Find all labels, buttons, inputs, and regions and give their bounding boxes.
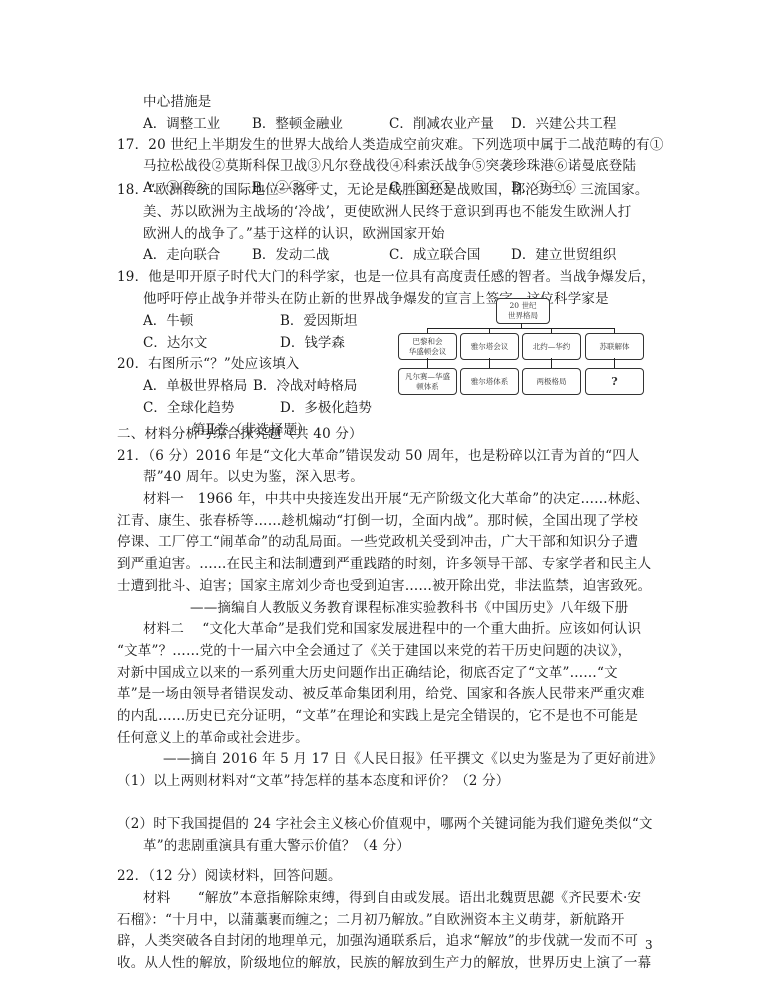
q16-option-d: D．兴建公共工程 bbox=[511, 114, 616, 134]
q20-option-a: A．单极世界格局 bbox=[143, 376, 247, 396]
q18-option-d: D．建立世贸组织 bbox=[511, 245, 616, 265]
q19-option-d: D．钱学森 bbox=[280, 333, 345, 353]
material1-line2: 江青、康生、张春桥等……趁机煽动“打倒一切，全面内战”。那时候，全国出现了学校 bbox=[117, 511, 638, 531]
material2-line3: 对新中国成立以来的一系列重大历史问题作出正确结论，彻底否定了“文革”……“文 bbox=[117, 663, 618, 683]
q18-option-a: A．走向联合 bbox=[143, 245, 220, 265]
q16-option-a: A．调整工业 bbox=[143, 114, 220, 134]
q18-option-b: B．发动二战 bbox=[252, 245, 329, 265]
q18-stem: 18．“欧洲传统的国际地位一落千丈，无论是战胜国还是战败国，都沦为二、三流国家。 bbox=[117, 180, 649, 200]
diagram-connector bbox=[427, 328, 614, 329]
diagram-box-yalta-conference: 雅尔塔会议 bbox=[460, 333, 519, 360]
material2-line5: 的内乱……历史已充分证明，“文革”在理论和实践上是完全错误的，它不是也不可能是 bbox=[117, 706, 638, 726]
diagram-box-line: 巴黎和会 bbox=[413, 337, 443, 347]
q21-subquestion-2-continuation: 革”的悲剧重演具有重大警示价值？（4 分） bbox=[143, 836, 410, 856]
diagram-box-line: 顿体系 bbox=[416, 382, 439, 392]
material2-line4: 革”是一场由领导者错误发动、被反革命集团利用，给党、国家和各族人民带来严重灾难 bbox=[117, 684, 645, 704]
material2-line2: “文革”？……党的十一届六中全会通过了《关于建国以来党的若干历史问题的决议》， bbox=[117, 641, 631, 661]
diagram-box-nato-warsaw: 北约—华约 bbox=[522, 333, 581, 360]
q22-material-line4: 收。从人性的解放，阶级地位的解放，民族的解放到生产力的解放，世界历史上演了一幕 bbox=[117, 953, 651, 973]
diagram-box-line: 凡尔赛—华盛 bbox=[405, 372, 450, 382]
q22-stem: 22．（12 分）阅读材料，回答问题。 bbox=[117, 866, 342, 886]
material2-line1: 材料二 “文化大革命”是我们党和国家发展进程中的一个重大曲折。应该如何认识 bbox=[143, 619, 641, 639]
answer-space-1[interactable] bbox=[117, 792, 657, 812]
material1-source: ——摘编自人教版义务教育课程标准实验教科书《中国历史》八年级下册 bbox=[190, 598, 628, 618]
diagram-connector bbox=[489, 358, 490, 368]
q18-option-c: C．成立联合国 bbox=[389, 245, 480, 265]
material2-line6: 任何意义上的革命或社会进步。 bbox=[117, 728, 309, 748]
q17-stem: 17．20 世纪上半期发生的世界大战给人类造成空前灾难。下列选项中属于二战范畴的… bbox=[117, 135, 664, 155]
diagram-box-soviet-collapse: 苏联解体 bbox=[585, 333, 644, 360]
q20-option-d: D．多极化趋势 bbox=[280, 398, 372, 418]
material1-line4: 到严重迫害。……在民主和法制遭到严重践踏的时刻，许多领导干部、专家学者和民主人 bbox=[117, 554, 651, 574]
q20-option-b: B．冷战对峙格局 bbox=[253, 376, 357, 396]
q16-stem-continuation: 中心措施是 bbox=[143, 92, 212, 112]
material2-source: ——摘自 2016 年 5 月 17 日《人民日报》任平撰文《以史为鉴是为了更好… bbox=[163, 749, 662, 769]
diagram-box-versailles-washington-system: 凡尔赛—华盛 顿体系 bbox=[398, 368, 457, 395]
q21-subquestion-2: （2）时下我国提倡的 24 字社会主义核心价值观中，哪两个关键词能为我们避免类似… bbox=[117, 814, 653, 834]
q18-stem-continuation-2: 欧洲人的战争了。”基于这样的认识，欧洲国家开始 bbox=[143, 224, 445, 244]
q22-material-line3: 辟，人类突破各自封闭的地理单元，加强沟通联系后，追求“解放”的步伐就一发而不可 bbox=[117, 931, 638, 951]
diagram-connector bbox=[427, 358, 428, 368]
diagram-root-box: 20 世纪 世界格局 bbox=[496, 298, 550, 324]
material1-line5: 士遭到批斗、迫害；国家主席刘少奇也受到迫害……被开除出党，非法监禁，迫害致死。 bbox=[117, 576, 651, 596]
q22-material-line1: 材料 “解放”本意指解除束缚，得到自由或发展。语出北魏贾思勰《齐民要术·安 bbox=[143, 888, 641, 908]
diagram-box-unknown: ? bbox=[585, 368, 644, 395]
q19-option-b: B．爱因斯坦 bbox=[280, 311, 357, 331]
q17-stem-continuation: 马拉松战役②莫斯科保卫战③凡尔登战役④科索沃战争⑤突袭珍珠港⑥诺曼底登陆 bbox=[143, 156, 636, 176]
q16-option-b: B．整顿金融业 bbox=[252, 114, 343, 134]
diagram-connector bbox=[614, 358, 615, 368]
q22-material-line2: 石榴》：“十月中，以蒲藁裹而缠之；二月初乃解放。”自欧洲资本主义萌芽，新航路开 bbox=[117, 910, 625, 930]
q19-option-a: A．牛顿 bbox=[143, 311, 193, 331]
q19-stem: 19．他是叩开原子时代大门的科学家，也是一位具有高度责任感的智者。当战争爆发后， bbox=[117, 267, 655, 287]
diagram-connector bbox=[551, 358, 552, 368]
q18-stem-continuation-1: 美、苏以欧洲为主战场的‘冷战’，更使欧洲人民终于意识到再也不能发生欧洲人打 bbox=[143, 202, 631, 222]
page-number: 3 bbox=[645, 938, 653, 952]
q20-option-c: C．全球化趋势 bbox=[143, 398, 234, 418]
q21-stem: 21．（6 分）2016 年是“文化大革命”错误发动 50 周年，也是粉碎以江青… bbox=[117, 446, 640, 466]
q19-option-c: C．达尔文 bbox=[143, 333, 207, 353]
q21-subquestion-1: （1）以上两则材料对“文革”持怎样的基本态度和评价？（2 分） bbox=[117, 771, 509, 791]
q20-stem: 20．右图所示“？”处应该填入 bbox=[117, 354, 299, 374]
diagram-root-line1: 20 世纪 bbox=[510, 301, 537, 311]
q16-option-c: C．削减农业产量 bbox=[389, 114, 494, 134]
diagram-root-line2: 世界格局 bbox=[508, 311, 538, 321]
q21-stem-continuation: 帮”40 周年。以史为鉴，深入思考。 bbox=[143, 467, 364, 487]
diagram-box-yalta-system: 雅尔塔体系 bbox=[460, 368, 519, 395]
diagram-box-line: 华盛顿会议 bbox=[409, 347, 447, 357]
diagram-box-paris-washington: 巴黎和会 华盛顿会议 bbox=[398, 333, 457, 360]
material1-line1: 材料一 1966 年，中共中央接连发出开展“无产阶级文化大革命”的决定……林彪、 bbox=[143, 489, 649, 509]
section2-heading: 二、材料分析与综合探究题（共 40 分） bbox=[117, 424, 363, 444]
diagram-box-bipolar: 两极格局 bbox=[522, 368, 581, 395]
material1-line3: 停课、工厂停工“闹革命”的动乱局面。一些党政机关受到冲击，广大干部和知识分子遭 bbox=[117, 532, 638, 552]
